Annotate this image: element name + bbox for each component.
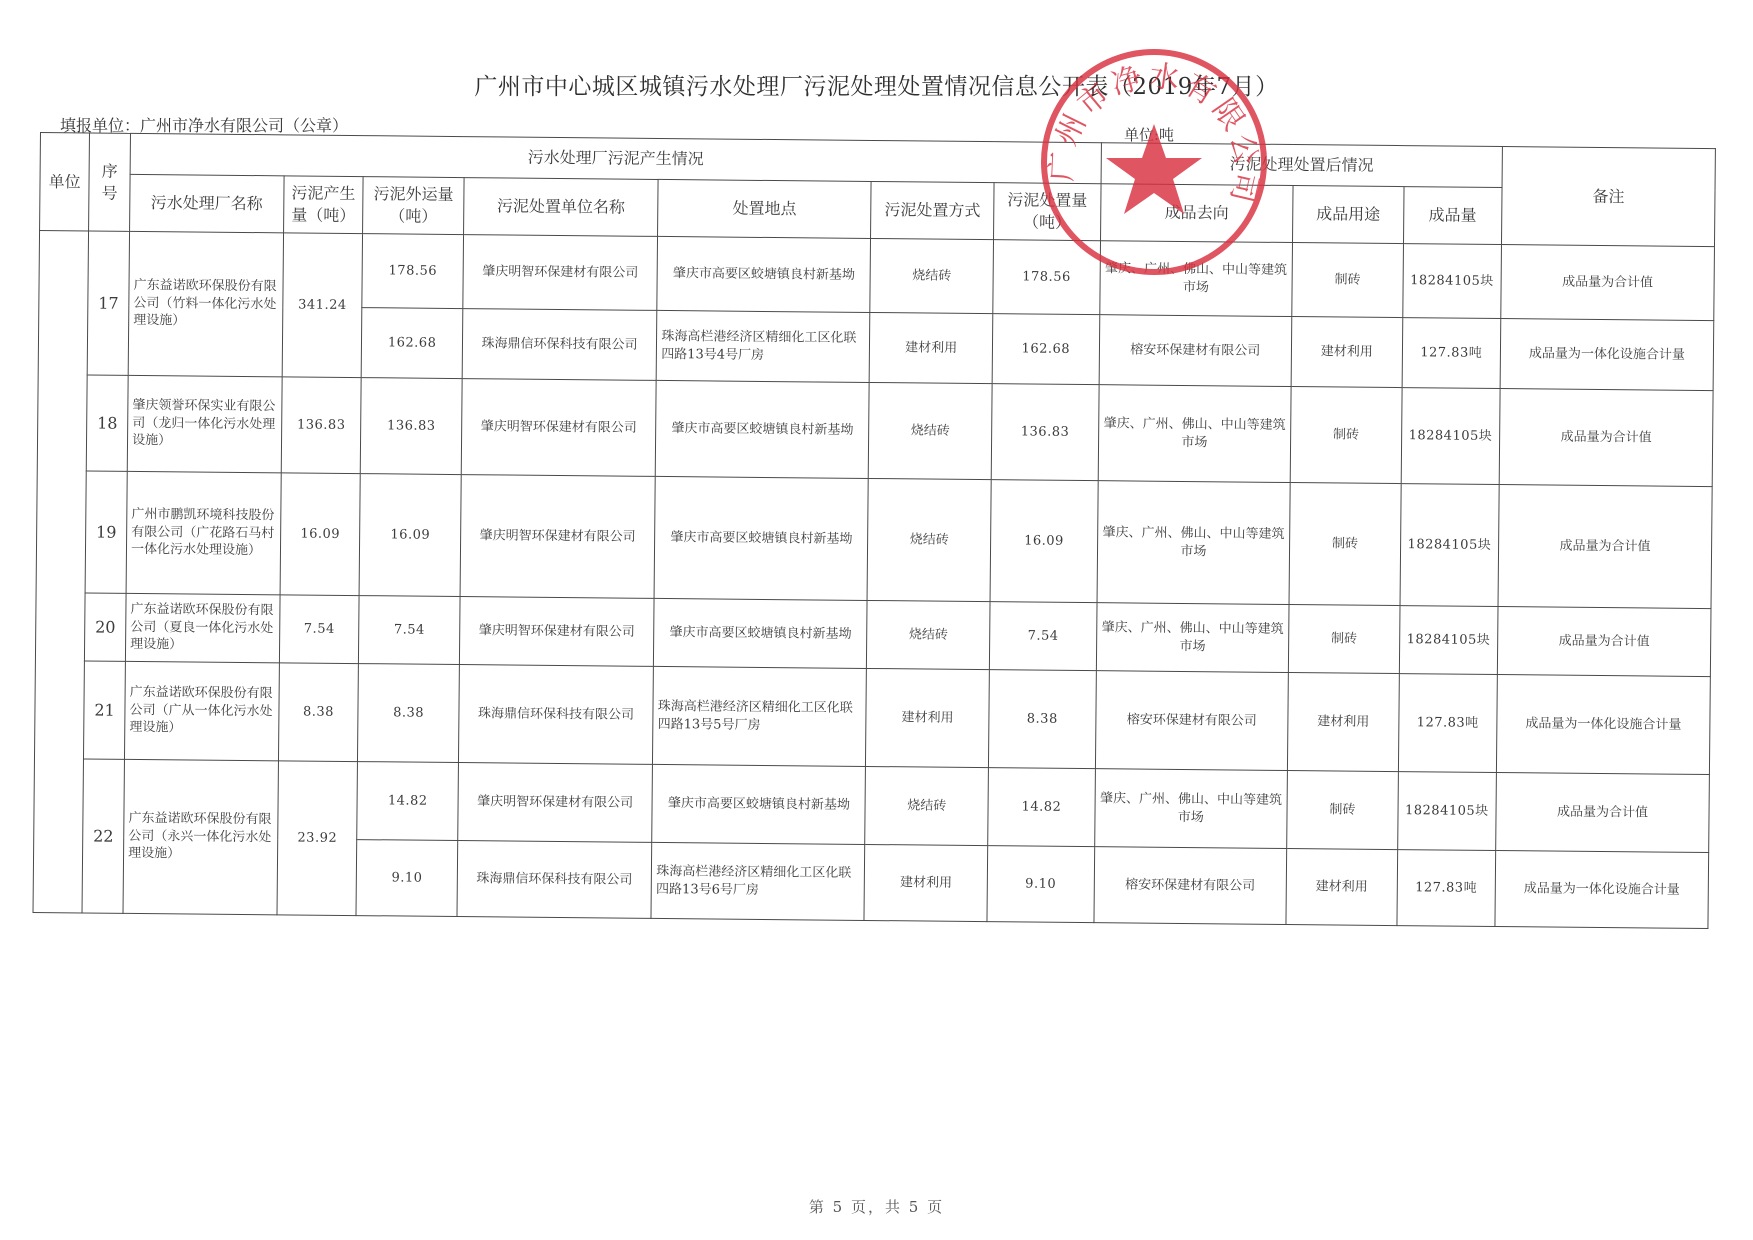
- cell-remark: 成品量为一体化设施合计量: [1495, 851, 1709, 929]
- cell-remark: 成品量为合计值: [1498, 485, 1712, 609]
- cell-disposal-method: 烧结砖: [870, 238, 994, 313]
- cell-remark: 成品量为一体化设施合计量: [1496, 675, 1710, 775]
- header-disposal-method: 污泥处置方式: [871, 181, 994, 239]
- cell-seq: 21: [84, 661, 126, 759]
- cell-sludge-produced: 8.38: [278, 663, 359, 762]
- header-disposal-site: 处置地点: [658, 179, 871, 238]
- header-remarks: 备注: [1501, 147, 1715, 247]
- cell-disposal-amount: 178.56: [993, 240, 1100, 315]
- cell-sludge-produced: 136.83: [281, 377, 362, 474]
- header-product-use: 成品用途: [1293, 186, 1404, 244]
- cell-sludge-transported: 9.10: [356, 840, 457, 917]
- cell-product-destination: 肇庆、广州、佛山、中山等建筑市场: [1097, 481, 1291, 605]
- cell-disposal-site: 肇庆市高要区蛟塘镇良村新基坳: [657, 236, 871, 312]
- table-row: 17广东益诺欧环保股份有限公司（竹料一体化污水处理设施）341.24178.56…: [39, 231, 1715, 321]
- cell-product-amount: 127.83吨: [1398, 674, 1497, 773]
- cell-sludge-produced: 16.09: [280, 473, 361, 596]
- header-sludge-produced: 污泥产生量（吨）: [283, 176, 363, 234]
- cell-remark: 成品量为合计值: [1501, 245, 1715, 321]
- cell-plant-name: 广州市鹏凯环境科技股份有限公司（广花路石马村一体化污水处理设施）: [126, 471, 281, 594]
- cell-disposal-amount: 7.54: [989, 602, 1096, 671]
- cell-seq: 20: [85, 593, 127, 661]
- cell-unit: [33, 231, 89, 913]
- table-row: 21广东益诺欧环保股份有限公司（广从一体化污水处理设施）8.388.38珠海鼎信…: [34, 660, 1710, 774]
- cell-disposal-site: 肇庆市高要区蛟塘镇良村新基坳: [656, 380, 870, 478]
- cell-disposal-amount: 9.10: [987, 846, 1094, 923]
- cell-product-use: 制砖: [1292, 243, 1403, 318]
- cell-product-use: 建材利用: [1291, 317, 1402, 388]
- header-product-amount: 成品量: [1403, 187, 1502, 245]
- cell-product-use: 制砖: [1288, 605, 1399, 674]
- cell-disposal-company: 肇庆明智环保建材有限公司: [460, 475, 656, 599]
- cell-product-amount: 127.83吨: [1402, 318, 1501, 389]
- cell-remark: 成品量为一体化设施合计量: [1500, 319, 1714, 391]
- cell-disposal-amount: 136.83: [991, 384, 1098, 481]
- cell-sludge-transported: 136.83: [361, 378, 462, 475]
- cell-disposal-method: 烧结砖: [867, 478, 991, 601]
- cell-seq: 19: [85, 471, 127, 593]
- cell-product-amount: 18284105块: [1402, 244, 1501, 319]
- cell-product-destination: 肇庆、广州、佛山、中山等建筑市场: [1096, 603, 1289, 673]
- header-seq: 序号: [89, 133, 131, 231]
- cell-product-destination: 肇庆、广州、佛山、中山等建筑市场: [1099, 241, 1292, 317]
- cell-product-amount: 18284105块: [1399, 606, 1498, 675]
- cell-sludge-transported: 7.54: [359, 596, 460, 665]
- cell-disposal-amount: 162.68: [992, 314, 1099, 385]
- cell-product-use: 建材利用: [1286, 849, 1397, 926]
- cell-disposal-method: 建材利用: [864, 844, 988, 921]
- cell-disposal-method: 烧结砖: [867, 600, 990, 669]
- cell-disposal-site: 珠海高栏港经济区精细化工区化联四路13号6号厂房: [651, 842, 865, 920]
- cell-product-destination: 肇庆、广州、佛山、中山等建筑市场: [1098, 385, 1291, 483]
- cell-plant-name: 广东益诺欧环保股份有限公司（夏良一体化污水处理设施）: [126, 593, 280, 662]
- cell-plant-name: 广东益诺欧环保股份有限公司（广从一体化污水处理设施）: [125, 661, 279, 760]
- header-group-after: 污泥处理处置后情况: [1101, 143, 1503, 188]
- cell-disposal-amount: 14.82: [988, 768, 1095, 847]
- cell-disposal-method: 烧结砖: [868, 382, 992, 479]
- cell-plant-name: 广东益诺欧环保股份有限公司（永兴一体化污水处理设施）: [123, 759, 278, 914]
- cell-disposal-company: 珠海鼎信环保科技有限公司: [457, 841, 652, 919]
- cell-sludge-transported: 178.56: [362, 234, 463, 309]
- header-disposal-amount: 污泥处置量（吨）: [994, 183, 1101, 241]
- cell-product-use: 制砖: [1290, 387, 1401, 484]
- cell-seq: 17: [87, 231, 129, 375]
- sludge-table: 单位 序号 污水处理厂污泥产生情况 污泥处理处置后情况 备注 污水处理厂名称 污…: [33, 132, 1716, 929]
- cell-plant-name: 广东益诺欧环保股份有限公司（竹料一体化污水处理设施）: [128, 231, 283, 376]
- cell-product-use: 制砖: [1287, 771, 1398, 850]
- cell-disposal-method: 建材利用: [866, 668, 990, 767]
- cell-disposal-method: 建材利用: [869, 312, 993, 383]
- cell-sludge-transported: 162.68: [362, 308, 463, 379]
- cell-product-amount: 18284105块: [1401, 388, 1500, 485]
- cell-disposal-method: 烧结砖: [865, 766, 989, 845]
- cell-disposal-company: 珠海鼎信环保科技有限公司: [458, 665, 653, 765]
- table-row: 18肇庆领誉环保实业有限公司（龙归一体化污水处理设施）136.83136.83肇…: [37, 374, 1713, 486]
- cell-product-destination: 榕安环保建材有限公司: [1094, 847, 1287, 925]
- cell-product-destination: 肇庆、广州、佛山、中山等建筑市场: [1094, 769, 1287, 849]
- cell-product-amount: 18284105块: [1400, 484, 1499, 607]
- cell-product-use: 建材利用: [1288, 673, 1399, 772]
- cell-product-destination: 榕安环保建材有限公司: [1099, 315, 1292, 387]
- header-disposal-company: 污泥处置单位名称: [463, 178, 658, 237]
- cell-seq: 18: [86, 375, 128, 471]
- cell-sludge-produced: 7.54: [279, 595, 359, 664]
- cell-sludge-produced: 341.24: [282, 233, 363, 378]
- table-row: 22广东益诺欧环保股份有限公司（永兴一体化污水处理设施）23.9214.82肇庆…: [34, 758, 1710, 852]
- cell-remark: 成品量为合计值: [1499, 389, 1713, 487]
- cell-disposal-site: 珠海高栏港经济区精细化工区化联四路13号4号厂房: [656, 310, 870, 382]
- header-plant-name: 污水处理厂名称: [130, 174, 284, 232]
- cell-product-amount: 18284105块: [1397, 772, 1496, 851]
- cell-disposal-company: 珠海鼎信环保科技有限公司: [462, 309, 657, 381]
- header-product-destination: 成品去向: [1100, 184, 1293, 243]
- report-sheet: 单位 序号 污水处理厂污泥产生情况 污泥处理处置后情况 备注 污水处理厂名称 污…: [33, 132, 1716, 929]
- header-sludge-transported: 污泥外运量（吨）: [363, 177, 464, 235]
- cell-seq: 22: [82, 759, 124, 913]
- cell-disposal-site: 肇庆市高要区蛟塘镇良村新基坳: [654, 476, 868, 600]
- cell-remark: 成品量为合计值: [1496, 773, 1710, 853]
- document-title: 广州市中心城区城镇污水处理厂污泥处理处置情况信息公开表（2019年7月）: [0, 68, 1753, 101]
- cell-disposal-site: 珠海高栏港经济区精细化工区化联四路13号5号厂房: [653, 666, 867, 766]
- cell-product-destination: 榕安环保建材有限公司: [1095, 671, 1288, 771]
- cell-disposal-site: 肇庆市高要区蛟塘镇良村新基坳: [654, 598, 868, 668]
- cell-disposal-company: 肇庆明智环保建材有限公司: [463, 235, 658, 311]
- cell-disposal-company: 肇庆明智环保建材有限公司: [461, 379, 656, 477]
- cell-disposal-company: 肇庆明智环保建材有限公司: [459, 597, 654, 667]
- cell-product-amount: 127.83吨: [1397, 850, 1496, 927]
- cell-sludge-transported: 14.82: [357, 762, 458, 841]
- header-unit: 单位: [40, 133, 90, 231]
- page-footer: 第 5 页，共 5 页: [0, 1196, 1753, 1217]
- cell-remark: 成品量为合计值: [1497, 607, 1711, 677]
- cell-disposal-site: 肇庆市高要区蛟塘镇良村新基坳: [652, 764, 866, 844]
- cell-plant-name: 肇庆领誉环保实业有限公司（龙归一体化污水处理设施）: [127, 375, 281, 472]
- table-row: 19广州市鹏凯环境科技股份有限公司（广花路石马村一体化污水处理设施）16.091…: [36, 470, 1712, 608]
- table-body: 17广东益诺欧环保股份有限公司（竹料一体化污水处理设施）341.24178.56…: [33, 231, 1714, 929]
- cell-sludge-transported: 8.38: [358, 664, 459, 763]
- cell-disposal-company: 肇庆明智环保建材有限公司: [458, 763, 653, 843]
- cell-sludge-produced: 23.92: [277, 761, 358, 916]
- cell-disposal-amount: 16.09: [990, 480, 1098, 603]
- cell-sludge-transported: 16.09: [360, 474, 461, 597]
- cell-product-use: 制砖: [1289, 483, 1401, 606]
- cell-disposal-amount: 8.38: [989, 670, 1096, 769]
